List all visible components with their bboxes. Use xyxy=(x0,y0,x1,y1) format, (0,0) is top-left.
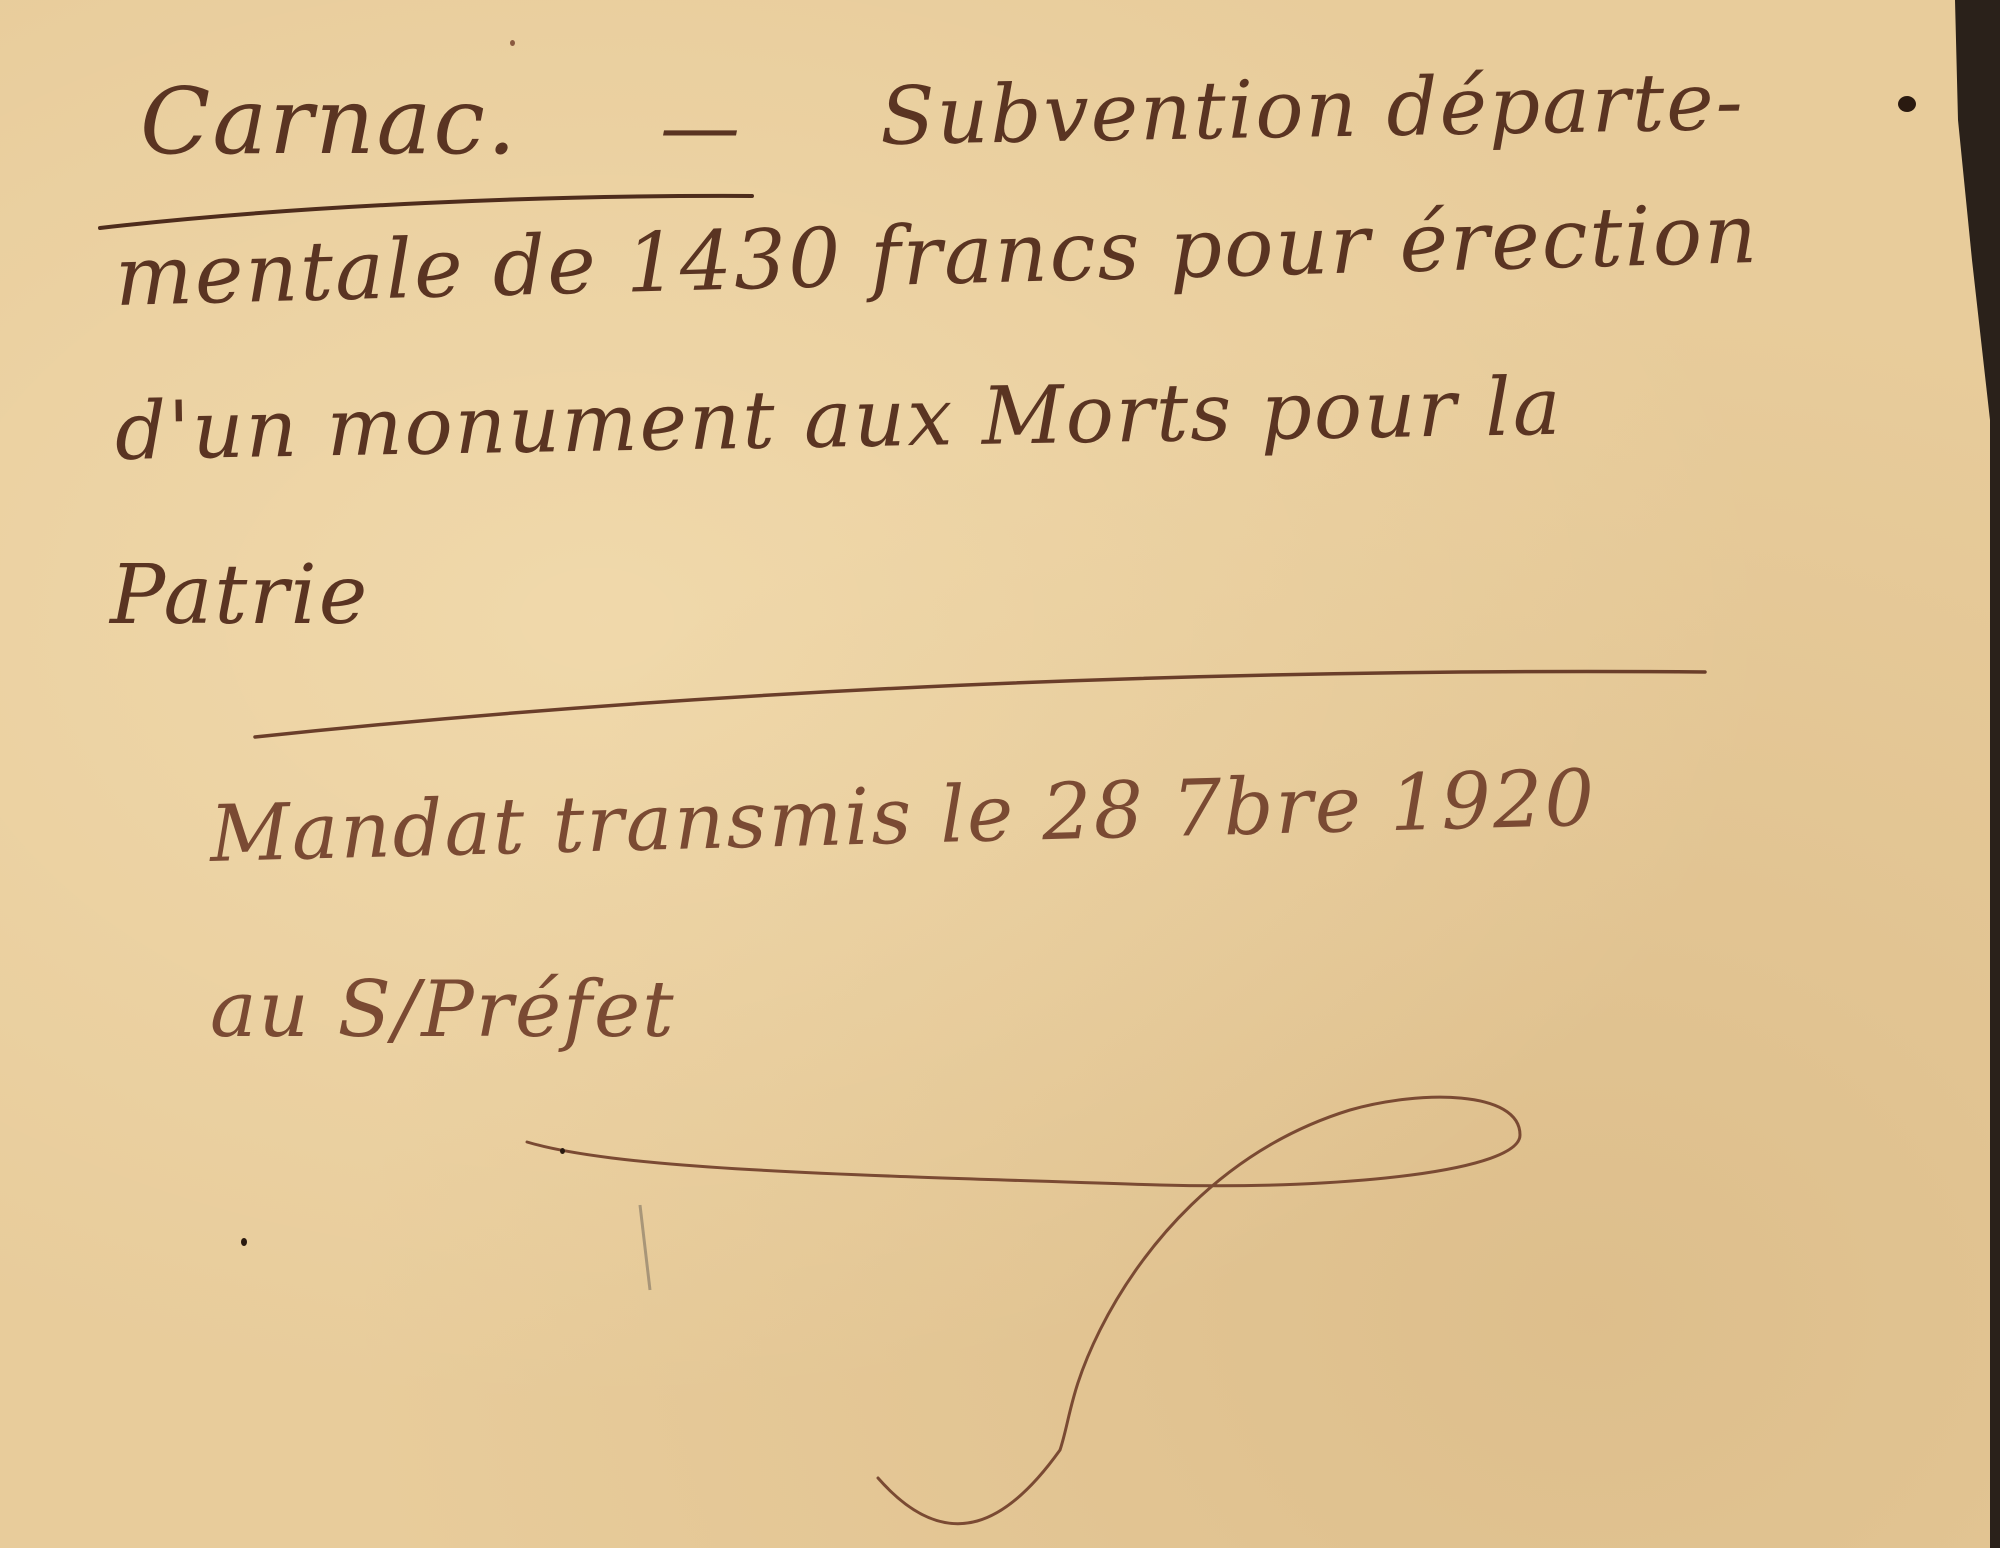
subject-line-1: Subvention départe- xyxy=(879,55,1745,163)
mandate-line: Mandat transmis le 28 7bre 1920 xyxy=(209,754,1597,880)
separator-rule xyxy=(255,672,1705,737)
ink-dot xyxy=(241,1238,247,1246)
title-dash: — xyxy=(660,80,742,173)
signature-paraph xyxy=(527,1097,1520,1524)
ink-dot xyxy=(560,1148,565,1154)
recipient-line: au S/Préfet xyxy=(210,965,676,1055)
ink-dot xyxy=(510,40,515,46)
subject-line-4: Patrie xyxy=(110,548,369,643)
ink-blot xyxy=(1898,96,1916,112)
paper-sheet: Carnac. — Subvention départe- mentale de… xyxy=(0,0,1990,1548)
place-title: Carnac. xyxy=(140,68,518,175)
subject-line-3: d'un monument aux Morts pour la xyxy=(114,360,1563,478)
faint-pencil-mark xyxy=(640,1205,650,1290)
subject-line-2: mentale de 1430 francs pour érection xyxy=(114,187,1760,325)
